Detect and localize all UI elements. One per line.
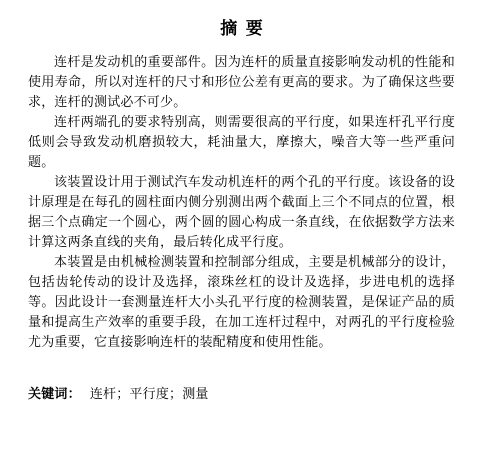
abstract-body: 连杆是发动机的重要部件。因为连杆的质量直接影响发动机的性能和使用寿命，所以对连杆… [28, 52, 455, 352]
abstract-paragraph-2: 连杆两端孔的要求特别高，则需要很高的平行度，如果连杆孔平行度低则会导致发动机磨损… [28, 112, 455, 172]
abstract-paragraph-4: 本装置是由机械检测装置和控制部分组成，主要是机械部分的设计，包括齿轮传动的设计及… [28, 252, 455, 352]
keywords-value: 连杆；平行度；测量 [90, 386, 209, 401]
abstract-page: 摘 要 连杆是发动机的重要部件。因为连杆的质量直接影响发动机的性能和使用寿命，所… [0, 0, 482, 453]
abstract-paragraph-1: 连杆是发动机的重要部件。因为连杆的质量直接影响发动机的性能和使用寿命，所以对连杆… [28, 52, 455, 112]
keywords-label: 关键词： [28, 386, 81, 401]
page-title: 摘 要 [28, 16, 455, 42]
abstract-paragraph-3: 该装置设计用于测试汽车发动机连杆的两个孔的平行度。该设备的设计原理是在每孔的圆柱… [28, 172, 455, 252]
keywords-line: 关键词：连杆；平行度；测量 [28, 384, 455, 404]
